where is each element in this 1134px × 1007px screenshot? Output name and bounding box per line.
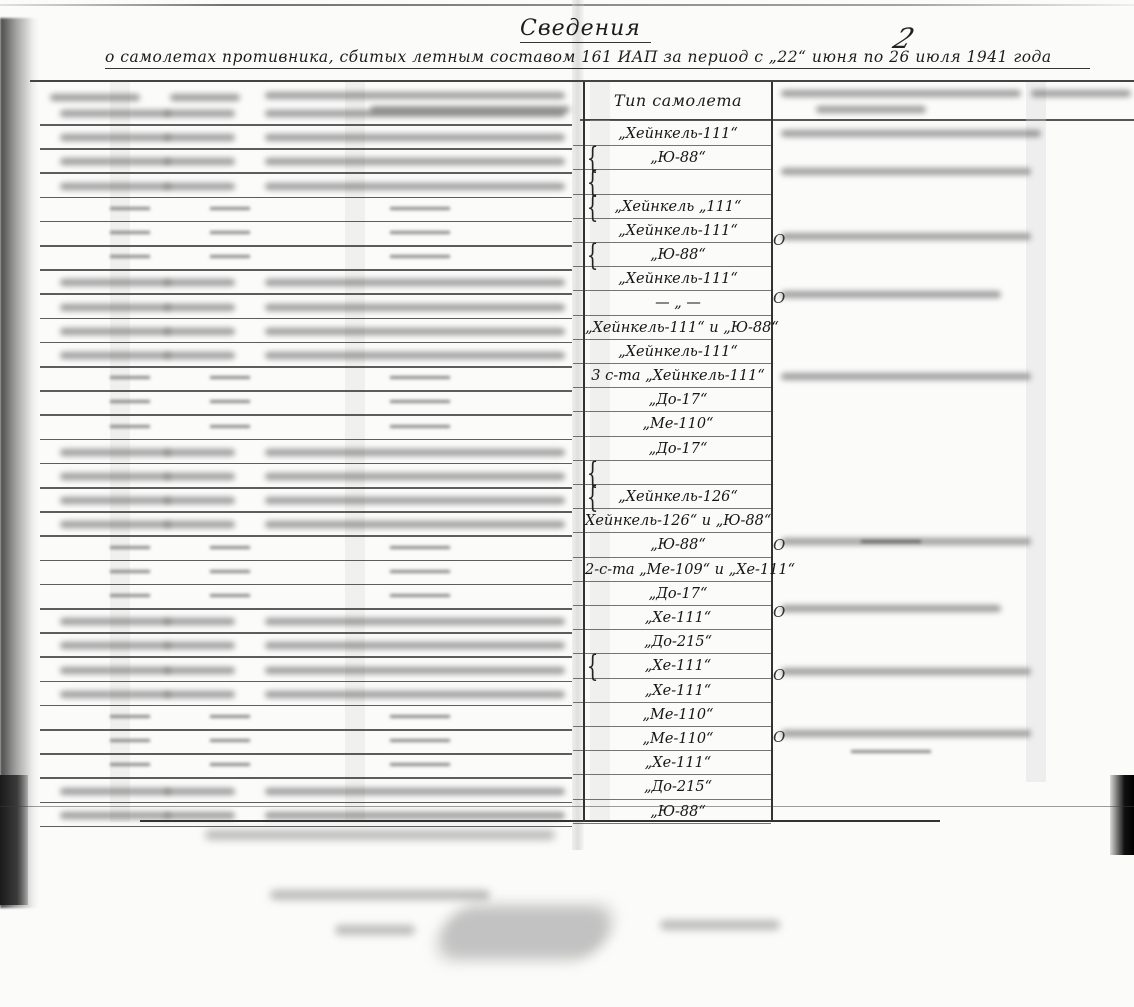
row-divider bbox=[573, 194, 771, 195]
redacted-text bbox=[390, 546, 450, 549]
redacted-text bbox=[60, 134, 170, 141]
aircraft-type-cell: „Ме-110“ bbox=[585, 417, 771, 432]
redacted-text bbox=[110, 715, 150, 718]
row-divider bbox=[40, 802, 572, 804]
redacted-text bbox=[265, 158, 565, 165]
column-shade bbox=[1026, 82, 1046, 782]
row-divider bbox=[40, 656, 572, 658]
redacted-text bbox=[165, 279, 235, 286]
row-divider bbox=[40, 753, 572, 755]
redacted-text bbox=[60, 667, 170, 674]
redacted-text bbox=[60, 110, 170, 117]
redacted-text bbox=[165, 812, 235, 819]
row-divider bbox=[40, 414, 572, 416]
redacted-text bbox=[165, 328, 235, 335]
redacted-text bbox=[60, 328, 170, 335]
row-divider bbox=[40, 245, 572, 247]
redacted-text bbox=[60, 497, 170, 504]
redacted-text bbox=[265, 449, 565, 456]
aircraft-type-cell: „Хейнкель „111“ bbox=[585, 200, 771, 215]
document-title: Сведения bbox=[520, 16, 651, 43]
redacted-text bbox=[265, 328, 565, 335]
redacted-text bbox=[861, 540, 921, 543]
redacted-signature-name bbox=[660, 920, 780, 930]
redacted-text bbox=[110, 594, 150, 597]
initial-mark: О bbox=[773, 231, 785, 249]
redacted-text bbox=[781, 605, 1001, 612]
row-divider bbox=[573, 823, 771, 824]
redacted-text bbox=[265, 521, 565, 528]
row-divider bbox=[573, 750, 771, 751]
redacted-text bbox=[60, 183, 170, 190]
row-divider bbox=[573, 218, 771, 219]
aircraft-type-column: Тип самолета „Хейнкель-111“„Ю-88“{{„Хейн… bbox=[583, 82, 773, 822]
row-divider bbox=[40, 366, 572, 368]
row-divider bbox=[573, 532, 771, 533]
redacted-text bbox=[110, 763, 150, 766]
redacted-text bbox=[210, 763, 250, 766]
aircraft-type-cell: „До-17“ bbox=[585, 442, 771, 457]
redacted-header-text bbox=[816, 106, 926, 113]
row-divider bbox=[40, 826, 572, 828]
row-divider bbox=[40, 390, 572, 392]
redacted-text bbox=[60, 352, 170, 359]
row-divider bbox=[40, 342, 572, 344]
redacted-text bbox=[110, 231, 150, 234]
redacted-text bbox=[210, 231, 250, 234]
aircraft-type-cell: „Хейнкель-111“ и „Ю-88“ bbox=[585, 321, 771, 336]
redacted-text bbox=[210, 715, 250, 718]
redacted-text bbox=[60, 642, 170, 649]
redacted-text bbox=[265, 618, 565, 625]
aircraft-type-cell: 3 с-та „Хейнкель-111“ bbox=[585, 369, 771, 384]
row-divider bbox=[573, 678, 771, 679]
redacted-text bbox=[390, 255, 450, 258]
row-divider bbox=[40, 487, 572, 489]
redacted-text bbox=[60, 473, 170, 480]
redacted-text bbox=[210, 376, 250, 379]
row-divider bbox=[573, 387, 771, 388]
aircraft-type-cell: „Хейнкель-111“ bbox=[585, 345, 771, 360]
redacted-text bbox=[265, 134, 565, 141]
redacted-text bbox=[165, 304, 235, 311]
redacted-text bbox=[265, 812, 565, 819]
redacted-text bbox=[851, 750, 931, 753]
row-divider bbox=[573, 557, 771, 558]
aircraft-type-cell: „Ю-88“ bbox=[585, 151, 771, 166]
redacted-text bbox=[165, 110, 235, 117]
aircraft-type-cell: „Хейнкель-126“ bbox=[585, 490, 771, 505]
initial-mark: О bbox=[773, 536, 785, 554]
redacted-text bbox=[265, 473, 565, 480]
aircraft-type-cell: „Ю-88“ bbox=[585, 538, 771, 553]
aircraft-type-cell: „Ю-88“ bbox=[585, 248, 771, 263]
redacted-text bbox=[265, 304, 565, 311]
redacted-text bbox=[60, 691, 170, 698]
initial-mark: О bbox=[773, 289, 785, 307]
redacted-text bbox=[781, 233, 1031, 240]
redacted-text bbox=[390, 715, 450, 718]
row-divider bbox=[40, 777, 572, 779]
row-divider bbox=[40, 172, 572, 174]
row-divider bbox=[573, 436, 771, 437]
row-divider bbox=[573, 145, 771, 146]
redacted-text bbox=[60, 521, 170, 528]
row-divider bbox=[573, 169, 771, 170]
row-divider bbox=[40, 148, 572, 150]
redacted-text bbox=[165, 352, 235, 359]
redacted-signature-title bbox=[270, 890, 490, 900]
redacted-header-text bbox=[265, 92, 565, 99]
redacted-header-text bbox=[170, 94, 240, 101]
row-divider bbox=[40, 318, 572, 320]
row-divider bbox=[573, 484, 771, 485]
redacted-text bbox=[210, 546, 250, 549]
redacted-text bbox=[210, 425, 250, 428]
redacted-text bbox=[60, 158, 170, 165]
redacted-text bbox=[165, 618, 235, 625]
row-divider bbox=[573, 242, 771, 243]
brace-mark: { bbox=[587, 193, 598, 223]
redacted-text bbox=[390, 207, 450, 210]
row-divider bbox=[573, 363, 771, 364]
redacted-text bbox=[165, 449, 235, 456]
redacted-text bbox=[390, 739, 450, 742]
row-divider bbox=[573, 508, 771, 509]
row-divider bbox=[573, 266, 771, 267]
redacted-text bbox=[165, 134, 235, 141]
row-divider bbox=[573, 290, 771, 291]
redacted-text bbox=[781, 730, 1031, 737]
row-divider bbox=[40, 705, 572, 707]
redacted-text bbox=[60, 618, 170, 625]
redacted-text bbox=[781, 668, 1031, 675]
row-divider bbox=[573, 411, 771, 412]
redacted-text bbox=[390, 594, 450, 597]
redacted-text bbox=[781, 291, 1001, 298]
document-subtitle: о самолетах противника, сбитых летным со… bbox=[105, 48, 1090, 69]
redacted-text bbox=[110, 425, 150, 428]
redacted-text bbox=[60, 812, 170, 819]
redacted-text bbox=[110, 546, 150, 549]
brace-mark: { bbox=[587, 652, 598, 682]
redacted-text bbox=[165, 183, 235, 190]
redacted-footer-line bbox=[205, 830, 555, 840]
initial-mark: О bbox=[773, 666, 785, 684]
initial-mark: О bbox=[773, 728, 785, 746]
row-divider bbox=[40, 560, 572, 562]
redacted-text bbox=[390, 763, 450, 766]
row-divider bbox=[573, 629, 771, 630]
redacted-text bbox=[210, 207, 250, 210]
aircraft-type-cell: „Хейнкель-111“ bbox=[585, 272, 771, 287]
row-divider bbox=[40, 439, 572, 441]
redacted-text bbox=[165, 473, 235, 480]
aircraft-type-cell: „Хейнкель-111“ bbox=[585, 224, 771, 239]
redacted-columns-left bbox=[40, 82, 572, 822]
aircraft-type-cell: „Хе-111“ bbox=[585, 756, 771, 771]
aircraft-type-cell: „Хейнкель-111“ bbox=[585, 127, 771, 142]
redacted-text bbox=[781, 373, 1031, 380]
redacted-header-text bbox=[370, 106, 570, 113]
redacted-text bbox=[210, 570, 250, 573]
binding-dark-block bbox=[0, 775, 28, 905]
redacted-header-text bbox=[50, 94, 140, 101]
redacted-text bbox=[265, 279, 565, 286]
redacted-text bbox=[110, 376, 150, 379]
aircraft-type-cell: „Хе-111“ bbox=[585, 659, 771, 674]
row-divider bbox=[40, 584, 572, 586]
row-divider bbox=[40, 269, 572, 271]
row-divider bbox=[40, 197, 572, 199]
redacted-text bbox=[60, 788, 170, 795]
initial-mark: О bbox=[773, 603, 785, 621]
aircraft-type-cell: „Ме-110“ bbox=[585, 732, 771, 747]
row-divider bbox=[573, 653, 771, 654]
row-divider bbox=[573, 774, 771, 775]
redacted-text bbox=[390, 231, 450, 234]
row-divider bbox=[40, 463, 572, 465]
row-divider bbox=[40, 124, 572, 126]
row-divider bbox=[573, 605, 771, 606]
aircraft-type-header: Тип самолета bbox=[585, 82, 771, 120]
redacted-text bbox=[110, 207, 150, 210]
redacted-text bbox=[110, 570, 150, 573]
signature-mark bbox=[430, 905, 620, 960]
redacted-text bbox=[210, 594, 250, 597]
redacted-text bbox=[265, 642, 565, 649]
aircraft-type-cell: „Хе-111“ bbox=[585, 611, 771, 626]
redacted-text bbox=[165, 158, 235, 165]
redacted-header-text bbox=[1031, 90, 1131, 97]
redacted-header-text bbox=[781, 130, 1041, 137]
aircraft-type-cell: Хейнкель-126“ и „Ю-88“ bbox=[585, 514, 771, 529]
redacted-text bbox=[60, 304, 170, 311]
redacted-text bbox=[265, 667, 565, 674]
aircraft-type-cell: „Ме-110“ bbox=[585, 708, 771, 723]
redacted-text bbox=[781, 168, 1031, 175]
redacted-text bbox=[265, 691, 565, 698]
row-divider bbox=[40, 632, 572, 634]
redacted-text bbox=[210, 255, 250, 258]
redacted-text bbox=[210, 400, 250, 403]
aircraft-type-cell: „До-215“ bbox=[585, 780, 771, 795]
redacted-text bbox=[110, 255, 150, 258]
row-divider bbox=[573, 581, 771, 582]
redacted-text bbox=[265, 183, 565, 190]
row-divider bbox=[573, 726, 771, 727]
row-divider bbox=[573, 315, 771, 316]
redacted-text bbox=[390, 570, 450, 573]
row-divider bbox=[573, 702, 771, 703]
aircraft-type-cell: „Хе-111“ bbox=[585, 684, 771, 699]
redacted-text bbox=[165, 521, 235, 528]
redacted-text bbox=[110, 739, 150, 742]
row-divider bbox=[573, 460, 771, 461]
redacted-text bbox=[165, 788, 235, 795]
aircraft-type-cell: „До-215“ bbox=[585, 635, 771, 650]
row-divider bbox=[40, 293, 572, 295]
redacted-text bbox=[165, 667, 235, 674]
redacted-text bbox=[265, 352, 565, 359]
row-divider bbox=[40, 608, 572, 610]
row-divider bbox=[40, 681, 572, 683]
row-divider bbox=[40, 511, 572, 513]
redacted-text bbox=[165, 642, 235, 649]
redacted-header-text bbox=[781, 90, 1021, 97]
scanned-document-page: Сведения 2 о самолетах противника, сбиты… bbox=[0, 0, 1134, 1007]
redacted-text bbox=[265, 497, 565, 504]
redacted-columns-right: ОООООО bbox=[771, 82, 1134, 822]
page-top-edge bbox=[0, 4, 1134, 6]
redacted-text bbox=[60, 279, 170, 286]
redacted-text bbox=[265, 788, 565, 795]
aircraft-type-cell: 2-с-та „Ме-109“ и „Хе-111“ bbox=[585, 563, 771, 578]
redacted-text bbox=[390, 400, 450, 403]
redacted-signature-label bbox=[335, 925, 415, 935]
redacted-text bbox=[60, 449, 170, 456]
redacted-text bbox=[165, 691, 235, 698]
row-divider bbox=[573, 799, 771, 800]
aircraft-type-cell: — „ — bbox=[585, 296, 771, 311]
redacted-text bbox=[210, 739, 250, 742]
redacted-text bbox=[110, 400, 150, 403]
row-divider bbox=[40, 221, 572, 223]
redacted-text bbox=[390, 376, 450, 379]
aircraft-type-cell: „До-17“ bbox=[585, 393, 771, 408]
table-bottom-thin-rule bbox=[0, 806, 1134, 807]
row-divider bbox=[40, 729, 572, 731]
row-divider bbox=[573, 339, 771, 340]
brace-mark: { bbox=[587, 241, 598, 271]
redacted-text bbox=[390, 425, 450, 428]
aircraft-type-cell: „До-17“ bbox=[585, 587, 771, 602]
brace-mark: { bbox=[587, 483, 598, 513]
redacted-text bbox=[165, 497, 235, 504]
table-bottom-rule bbox=[140, 820, 940, 822]
row-divider bbox=[40, 535, 572, 537]
